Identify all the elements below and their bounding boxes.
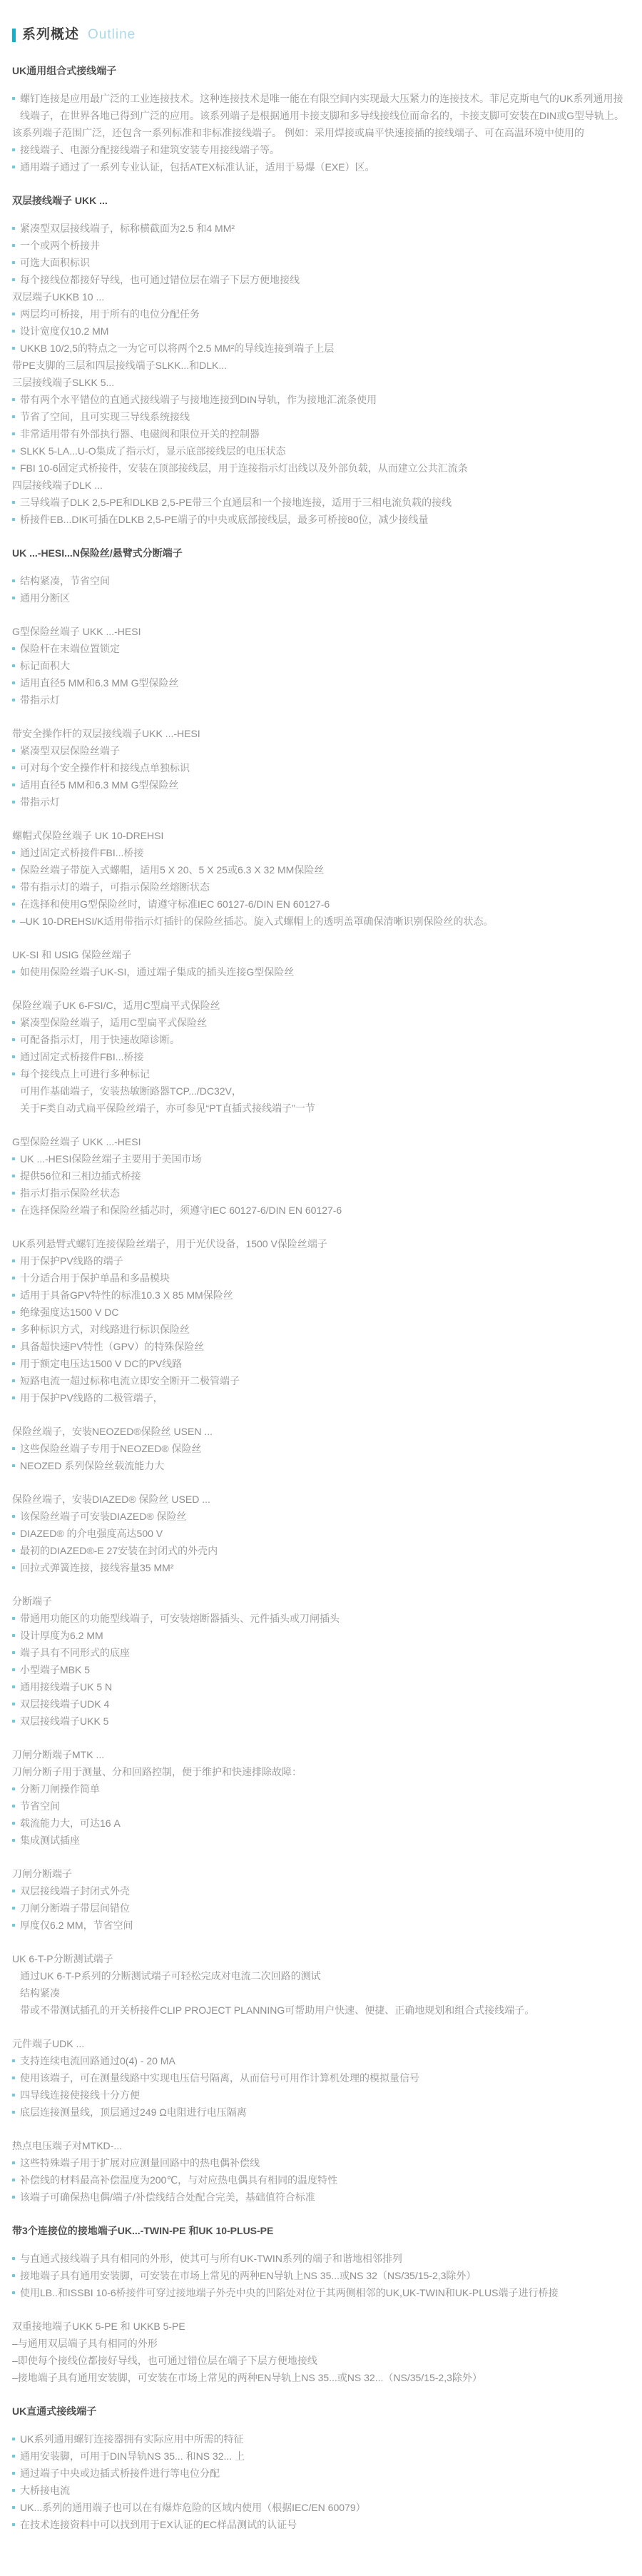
list-item: 指示灯指示保险丝状态: [12, 1185, 628, 1202]
list-item-text: 三导线端子DLK 2,5-PE和DLKB 2,5-PE带三个直通层和一个接地连接…: [20, 497, 452, 508]
section-subheading: 保险丝端子，安装NEOZED®保险丝 USEN ...: [12, 1423, 628, 1440]
list-item-text: 桥接件EB...DIK可插在DLKB 2,5-PE端子的中央或底部接线层，最多可…: [20, 514, 429, 525]
section-subheading: UK-SI 和 USIG 保险丝端子: [12, 946, 628, 963]
bullet-icon: [12, 2111, 15, 2114]
list-item-text: 保险丝端子带旋入式螺帽，适用5 X 20、5 X 25或6.3 X 32 MM保…: [20, 864, 324, 876]
bullet-icon: [12, 347, 15, 350]
bullet-icon: [12, 2489, 15, 2492]
list-item: 与直通式接线端子具有相同的外形，使其可与所有UK-TWIN系列的端子和谐地相邻排…: [12, 2250, 628, 2267]
list-item-text: 补偿线的材料最高补偿温度为200℃，与对应热电偶具有相同的温度特性: [20, 2174, 337, 2186]
list-item-text: 可对每个安全操作杆和接线点单独标识: [20, 762, 190, 774]
list-item: 接线端子、电源分配接线端子和建筑安装专用接线端子等。: [12, 141, 628, 158]
bullet-icon: [12, 2506, 15, 2509]
bullet-icon: [12, 2472, 15, 2475]
list-item-text: 具备超快速PV特性（GPV）的特殊保险丝: [20, 1341, 204, 1352]
bullet-icon: [12, 1294, 15, 1297]
section: UK ...-HESI...N保险丝/悬臂式分断端子结构紧凑，节省空间通用分断区: [12, 544, 628, 607]
section: 保险丝端子，安装NEOZED®保险丝 USEN ...这些保险丝端子专用于NEO…: [12, 1423, 628, 1474]
list-item: 通过固定式桥接件FBI...桥接: [12, 844, 628, 861]
bullet-icon: [12, 1379, 15, 1382]
bullet-icon: [12, 2179, 15, 2181]
list-item: 可选大面积标识: [12, 254, 628, 271]
list-item: 用于保护PV线路的端子: [12, 1252, 628, 1269]
bullet-icon: [12, 1720, 15, 1723]
list-item-text: –接地端子具有通用安装脚，可安装在市场上常见的两种EN导轨上NS 35...或N…: [12, 2372, 482, 2383]
list-item-text: 在选择保险丝端子和保险丝插芯时，须遵守IEC 60127-6/DIN EN 60…: [20, 1205, 342, 1216]
bullet-icon: [12, 1924, 15, 1927]
list-item-text: 双层接线端子封闭式外壳: [20, 1885, 130, 1897]
list-item: 节省了空间，且可实现三导线系统接线: [12, 408, 628, 425]
list-item: 最初的DIAZED®-E 27安装在封闭式的外壳内: [12, 1542, 628, 1559]
list-item: 厚度仅6.2 MM，节省空间: [12, 1917, 628, 1934]
bullet-icon: [12, 278, 15, 281]
bullet-icon: [12, 749, 15, 752]
bullet-icon: [12, 2094, 15, 2096]
list-item: –与通用双层端子具有相同的外形: [12, 2335, 628, 2352]
list-item: 底层连接测量线，顶层通过249 Ω电阻进行电压隔离: [12, 2104, 628, 2121]
list-item: 补偿线的材料最高补偿温度为200℃，与对应热电偶具有相同的温度特性: [12, 2171, 628, 2189]
list-item: 带指示灯: [12, 793, 628, 811]
bullet-icon: [12, 1651, 15, 1654]
list-item-text: 带通用功能区的功能型线端子，可安装熔断器插头、元件插头或刀闸插头: [20, 1613, 340, 1624]
section-subheading: 热点电压端子对MTKD-...: [12, 2137, 628, 2154]
list-item-text: –UK 10-DREHSI/K适用带指示灯插针的保险丝插芯。旋入式螺帽上的透明盖…: [20, 916, 493, 927]
list-item-text: –即使每个接线位都接好导线，也可通过错位层在端子下层方便地接线: [12, 2355, 317, 2366]
list-item-text: 绝缘强度达1500 V DC: [20, 1307, 118, 1318]
bullet-icon: [12, 1634, 15, 1637]
list-item-text: 集成测试插座: [20, 1835, 80, 1846]
section: UK系列悬臂式螺钉连接保险丝端子，用于光伏设备，1500 V保险丝端子用于保护P…: [12, 1235, 628, 1406]
list-item: 在技术连接资料中可以找到用于EX认证的EC样品测试的认证号: [12, 2516, 628, 2533]
bullet-icon: [12, 2291, 15, 2294]
list-item-text: 三层接线端子SLKK 5...: [12, 377, 114, 388]
bullet-icon: [12, 2196, 15, 2199]
list-item: 具备超快速PV特性（GPV）的特殊保险丝: [12, 1338, 628, 1355]
bullet-icon: [12, 330, 15, 333]
list-item-text: 紧凑型双层接线端子，标称横截面为2.5 和4 MM²: [20, 223, 235, 234]
content: UK通用组合式接线端子螺钉连接是应用最广泛的工业连接技术。这种连接技术是唯一能在…: [12, 62, 628, 2533]
list-item: 可用作基础端子，安装热敏断路器TCP.../DC32V，: [12, 1082, 628, 1100]
bullet-icon: [12, 1259, 15, 1262]
list-item: 双层接线端子UKK 5: [12, 1713, 628, 1730]
list-item-text: 设计厚度为6.2 MM: [20, 1630, 103, 1641]
list-item-text: UKKB 10/2,5的特点之一为它可以将两个2.5 MM²的导线连接到端子上层: [20, 343, 334, 354]
bullet-icon: [12, 1907, 15, 1910]
list-item-text: 该系列端子范围广泛，还包含一系列标准和非标准接线端子。 例如：采用焊接或扁平快速…: [12, 127, 584, 138]
list-item: 双层接线端子UDK 4: [12, 1695, 628, 1713]
list-item: 四层接线端子DLK ...: [12, 477, 628, 494]
bullet-icon: [12, 784, 15, 786]
bullet-icon: [12, 1055, 15, 1058]
bullet-icon: [12, 2059, 15, 2062]
bullet-icon: [12, 920, 15, 923]
list-item-text: 非常适用带有外部执行器、电磁阀和限位开关的控制器: [20, 428, 260, 440]
list-item: 节省空间: [12, 1797, 628, 1815]
list-item: 这些保险丝端子专用于NEOZED® 保险丝: [12, 1440, 628, 1457]
bullet-icon: [12, 1668, 15, 1671]
list-item: 分断刀闸操作简单: [12, 1780, 628, 1797]
bullet-icon: [12, 1362, 15, 1365]
bullet-icon: [12, 1515, 15, 1518]
section-heading: 双层接线端子 UKK ...: [12, 192, 628, 209]
bullet-icon: [12, 1788, 15, 1790]
list-item: 该端子可确保热电偶/端子/补偿线结合处配合完美，基础值符合标准: [12, 2189, 628, 2206]
bullet-icon: [12, 227, 15, 230]
list-item-text: 大桥接电流: [20, 2485, 70, 2496]
list-item-text: 如使用保险丝端子UK-SI，通过端子集成的插头连接G型保险丝: [20, 966, 294, 978]
list-item-text: UK系列通用螺钉连接器拥有实际应用中所需的特征: [20, 2433, 243, 2445]
list-item-text: 可用作基础端子，安装热敏断路器TCP.../DC32V，: [20, 1085, 242, 1097]
bullet-icon: [12, 244, 15, 247]
section: UK-SI 和 USIG 保险丝端子如使用保险丝端子UK-SI，通过端子集成的插…: [12, 946, 628, 980]
list-item: UK...系列的通用端子也可以在有爆炸危险的区域内使用（根据IEC/EN 600…: [12, 2499, 628, 2516]
list-item-text: 两层均可桥接，用于所有的电位分配任务: [20, 308, 200, 320]
section: 分断端子带通用功能区的功能型线端子，可安装熔断器插头、元件插头或刀闸插头设计厚度…: [12, 1593, 628, 1730]
list-item-text: 每个接线位都接好导线，也可通过错位层在端子下层方便地接线: [20, 274, 300, 285]
section-subheading: 元件端子UDK ...: [12, 2035, 628, 2052]
list-item-text: UK ...-HESI保险丝端子主要用于美国市场: [20, 1153, 201, 1165]
list-item: 关于F类自动式扁平保险丝端子，亦可参见“PT直插式接线端子”一节: [12, 1100, 628, 1117]
list-item: 刀闸分断子用于测量、分和回路控制，便于维护和快速排除故障：: [12, 1763, 628, 1780]
bullet-icon: [12, 851, 15, 854]
bullet-icon: [12, 1396, 15, 1399]
bullet-icon: [12, 1805, 15, 1807]
section-heading: 带3个连接位的接地端子UK...-TWIN-PE 和UK 10-PLUS-PE: [12, 2222, 628, 2239]
bullet-icon: [12, 2076, 15, 2079]
list-item-text: 底层连接测量线，顶层通过249 Ω电阻进行电压隔离: [20, 2106, 247, 2118]
list-item-text: 可配备指示灯，用于快速故障诊断。: [20, 1034, 180, 1045]
list-item: 用于保护PV线路的二极管端子，: [12, 1389, 628, 1406]
series-outline-page: 系列概述 Outline UK通用组合式接线端子螺钉连接是应用最广泛的工业连接技…: [0, 0, 642, 2576]
list-item: 这些特殊端子用于扩展对应测量回路中的热电偶补偿线: [12, 2154, 628, 2171]
list-item: 双层接线端子封闭式外壳: [12, 1882, 628, 1900]
list-item: FBI 10-6固定式桥接件，安装在顶部接线层，用于连接指示灯出线以及外部负载，…: [12, 460, 628, 477]
list-item-text: –与通用双层端子具有相同的外形: [12, 2338, 158, 2349]
list-item: 三层接线端子SLKK 5...: [12, 374, 628, 391]
list-item-text: 最初的DIAZED®-E 27安装在封闭式的外壳内: [20, 1545, 218, 1556]
title-accent-bar-icon: [12, 29, 16, 42]
list-item: UKKB 10/2,5的特点之一为它可以将两个2.5 MM²的导线连接到端子上层: [12, 340, 628, 357]
list-item-text: 四层接线端子DLK ...: [12, 480, 103, 491]
list-item-text: 在选择和使用G型保险丝时，请遵守标准IEC 60127-6/DIN EN 601…: [20, 898, 330, 910]
section: UK 6-T-P分断测试端子通过UK 6-T-P系列的分断测试端子可轻松完成对电…: [12, 1950, 628, 2019]
bullet-icon: [12, 1566, 15, 1569]
list-item: 带指示灯: [12, 691, 628, 709]
list-item: 紧凑型保险丝端子，适用C型扁平式保险丝: [12, 1014, 628, 1031]
list-item: 保险杆在末端位置锁定: [12, 640, 628, 657]
list-item: –UK 10-DREHSI/K适用带指示灯插针的保险丝插芯。旋入式螺帽上的透明盖…: [12, 913, 628, 930]
section-subheading: 带安全操作杆的双层接线端子UKK ...-HESI: [12, 725, 628, 742]
list-item-text: 刀闸分断子用于测量、分和回路控制，便于维护和快速排除故障：: [12, 1766, 302, 1778]
section-subheading: 刀闸分断端子MTK ...: [12, 1746, 628, 1763]
list-item-text: DIAZED® 的介电强度高达500 V: [20, 1528, 163, 1539]
section-subheading: 保险丝端子UK 6-FSI/C，适用C型扁平式保险丝: [12, 997, 628, 1014]
bullet-icon: [12, 868, 15, 871]
list-item: 结构紧凑: [12, 1984, 628, 2002]
list-item-text: 通用安装脚，可用于DIN导轨NS 35... 和NS 32... 上: [20, 2450, 245, 2462]
list-item-text: 带有两个水平错位的直通式接线端子与接地连接到DIN导轨，作为接地汇流条使用: [20, 394, 377, 405]
bullet-icon: [12, 597, 15, 599]
list-item: 短路电流一超过标称电流立即安全断开二极管端子: [12, 1372, 628, 1389]
list-item-text: 设计宽度仅10.2 MM: [20, 325, 108, 337]
list-item: 用于额定电压达1500 V DC的PV线路: [12, 1355, 628, 1372]
bullet-icon: [12, 699, 15, 701]
bullet-icon: [12, 886, 15, 888]
list-item-text: 一个或两个桥接井: [20, 240, 100, 251]
list-item: 带通用功能区的功能型线端子，可安装熔断器插头、元件插头或刀闸插头: [12, 1610, 628, 1627]
list-item-text: SLKK 5-LA...U-O集成了指示灯，显示底部接线层的电压状态: [20, 445, 286, 457]
list-item-text: 通用端子通过了一系列专业认证，包括ATEX标准认证，适用于易爆（EXE）区。: [20, 161, 375, 173]
bullet-icon: [12, 903, 15, 906]
list-item-text: 紧凑型保险丝端子，适用C型扁平式保险丝: [20, 1017, 207, 1028]
bullet-icon: [12, 1447, 15, 1450]
list-item: 桥接件EB...DIK可插在DLKB 2,5-PE端子的中央或底部接线层，最多可…: [12, 511, 628, 528]
list-item-text: 多种标识方式，对线路进行标识保险丝: [20, 1324, 190, 1335]
section: 热点电压端子对MTKD-...这些特殊端子用于扩展对应测量回路中的热电偶补偿线补…: [12, 2137, 628, 2206]
section-subheading: 分断端子: [12, 1593, 628, 1610]
list-item: 两层均可桥接，用于所有的电位分配任务: [12, 305, 628, 323]
list-item: 螺钉连接是应用最广泛的工业连接技术。这种连接技术是唯一能在有限空间内实现最大压紧…: [12, 90, 628, 124]
list-item: 一个或两个桥接井: [12, 237, 628, 254]
list-item-text: 短路电流一超过标称电流立即安全断开二极管端子: [20, 1375, 240, 1386]
list-item: 在选择和使用G型保险丝时，请遵守标准IEC 60127-6/DIN EN 601…: [12, 896, 628, 913]
list-item: 带有两个水平错位的直通式接线端子与接地连接到DIN导轨，作为接地汇流条使用: [12, 391, 628, 408]
list-item-text: 载流能力大，可达16 A: [20, 1817, 121, 1829]
list-item: 提供56位和三相边插式桥接: [12, 1167, 628, 1185]
list-item: UK ...-HESI保险丝端子主要用于美国市场: [12, 1150, 628, 1167]
bullet-icon: [12, 1822, 15, 1825]
list-item-text: 通过固定式桥接件FBI...桥接: [20, 847, 143, 858]
list-item: 集成测试插座: [12, 1832, 628, 1849]
list-item-text: 紧凑型双层保险丝端子: [20, 745, 120, 756]
bullet-icon: [12, 518, 15, 521]
bullet-icon: [12, 2523, 15, 2526]
list-item-text: 提供56位和三相边插式桥接: [20, 1170, 141, 1182]
list-item-text: 通用接线端子UK 5 N: [20, 1681, 112, 1693]
bullet-icon: [12, 432, 15, 435]
section: 带安全操作杆的双层接线端子UKK ...-HESI紧凑型双层保险丝端子可对每个安…: [12, 725, 628, 811]
bullet-icon: [12, 1464, 15, 1467]
section: 双层接线端子 UKK ...紧凑型双层接线端子，标称横截面为2.5 和4 MM²…: [12, 192, 628, 528]
list-item: SLKK 5-LA...U-O集成了指示灯，显示底部接线层的电压状态: [12, 442, 628, 460]
list-item: UK系列通用螺钉连接器拥有实际应用中所需的特征: [12, 2430, 628, 2448]
list-item-text: 带指示灯: [20, 694, 60, 706]
list-item-text: 这些保险丝端子专用于NEOZED® 保险丝: [20, 1443, 202, 1454]
page-title-en: Outline: [88, 27, 136, 43]
bullet-icon: [12, 1277, 15, 1279]
bullet-icon: [12, 313, 15, 315]
section: 元件端子UDK ...支持连续电流回路通过0(4) - 20 MA使用该端子，可…: [12, 2035, 628, 2121]
bullet-icon: [12, 2257, 15, 2260]
list-item: –接地端子具有通用安装脚，可安装在市场上常见的两种EN导轨上NS 35...或N…: [12, 2369, 628, 2386]
bullet-icon: [12, 1192, 15, 1195]
section-heading: UK ...-HESI...N保险丝/悬臂式分断端子: [12, 544, 628, 562]
list-item: NEOZED 系列保险丝载流能力大: [12, 1457, 628, 1474]
section-subheading: 保险丝端子，安装DIAZED® 保险丝 USED ...: [12, 1491, 628, 1508]
bullet-icon: [12, 467, 15, 470]
list-item-text: 刀闸分断端子带层间错位: [20, 1902, 130, 1914]
bullet-icon: [12, 1038, 15, 1041]
bullet-icon: [12, 1703, 15, 1705]
page-title: 系列概述 Outline: [12, 27, 628, 43]
list-item: DIAZED® 的介电强度高达500 V: [12, 1525, 628, 1542]
list-item: 适用直径5 MM和6.3 MM G型保险丝: [12, 674, 628, 691]
list-item: 三导线端子DLK 2,5-PE和DLKB 2,5-PE带三个直通层和一个接地连接…: [12, 494, 628, 511]
list-item: 载流能力大，可达16 A: [12, 1815, 628, 1832]
list-item-text: 该端子可确保热电偶/端子/补偿线结合处配合完美，基础值符合标准: [20, 2191, 315, 2203]
list-item-text: 结构紧凑，节省空间: [20, 575, 110, 587]
list-item: 带或不带测试插孔的开关桥接件CLIP PROJECT PLANNING可帮助用户…: [12, 2002, 628, 2019]
section-heading: UK通用组合式接线端子: [12, 62, 628, 79]
list-item-text: 适用直径5 MM和6.3 MM G型保险丝: [20, 779, 178, 791]
list-item-text: 在技术连接资料中可以找到用于EX认证的EC样品测试的认证号: [20, 2519, 297, 2530]
list-item: 带有指示灯的端子，可指示保险丝熔断状态: [12, 878, 628, 896]
section: 刀闸分断端子双层接线端子封闭式外壳刀闸分断端子带层间错位厚度仅6.2 MM，节省…: [12, 1865, 628, 1934]
bullet-icon: [12, 1345, 15, 1348]
list-item: 结构紧凑，节省空间: [12, 572, 628, 589]
list-item: 通过固定式桥接件FBI...桥接: [12, 1048, 628, 1065]
list-item-text: 用于额定电压达1500 V DC的PV线路: [20, 1358, 182, 1369]
list-item-text: 双层接线端子UDK 4: [20, 1698, 109, 1710]
section: UK直通式接线端子UK系列通用螺钉连接器拥有实际应用中所需的特征通用安装脚，可用…: [12, 2403, 628, 2533]
bullet-icon: [12, 2438, 15, 2440]
section-subheading: UK 6-T-P分断测试端子: [12, 1950, 628, 1967]
list-item: 非常适用带有外部执行器、电磁阀和限位开关的控制器: [12, 425, 628, 442]
list-item-text: 结构紧凑: [20, 1987, 60, 1999]
section-subheading: UK系列悬臂式螺钉连接保险丝端子，用于光伏设备，1500 V保险丝端子: [12, 1235, 628, 1252]
list-item-text: 螺钉连接是应用最广泛的工业连接技术。这种连接技术是唯一能在有限空间内实现最大压紧…: [20, 93, 624, 121]
list-item-text: 用于保护PV线路的端子: [20, 1255, 123, 1267]
bullet-icon: [12, 1073, 15, 1075]
list-item: 使用该端子，可在测量线路中实现电压信号隔离，从而信号可用作计算机处理的模拟量信号: [12, 2069, 628, 2086]
list-item: 回拉式弹簧连接，接线容量35 MM²: [12, 1559, 628, 1576]
list-item: 带PE支脚的三层和四层接线端子SLKK...和DLK...: [12, 357, 628, 374]
list-item-text: 四导线连接使接线十分方便: [20, 2089, 140, 2101]
bullet-icon: [12, 1549, 15, 1552]
list-item-text: 保险杆在末端位置锁定: [20, 643, 120, 654]
list-item-text: 适用于具备GPV特性的标准10.3 X 85 MM保险丝: [20, 1289, 233, 1301]
list-item: 该保险丝端子可安装DIAZED® 保险丝: [12, 1508, 628, 1525]
bullet-icon: [12, 2274, 15, 2277]
list-item-text: 带指示灯: [20, 796, 60, 808]
list-item-text: 支持连续电流回路通过0(4) - 20 MA: [20, 2055, 175, 2067]
list-item-text: 关于F类自动式扁平保险丝端子，亦可参见“PT直插式接线端子”一节: [20, 1102, 315, 1114]
list-item-text: 双层端子UKKB 10 ...: [12, 291, 104, 303]
list-item: –即使每个接线位都接好导线，也可通过错位层在端子下层方便地接线: [12, 2352, 628, 2369]
section: UK通用组合式接线端子螺钉连接是应用最广泛的工业连接技术。这种连接技术是唯一能在…: [12, 62, 628, 176]
list-item-text: 接地端子具有通用安装脚，可安装在市场上常见的两种EN导轨上NS 35...或NS…: [20, 2270, 476, 2281]
bullet-icon: [12, 398, 15, 401]
list-item: 通过UK 6-T-P系列的分断测试端子可轻松完成对电流二次回路的测试: [12, 1967, 628, 1984]
list-item: 刀闸分断端子带层间错位: [12, 1900, 628, 1917]
list-item-text: 该保险丝端子可安装DIAZED® 保险丝: [20, 1511, 187, 1522]
page-title-cn: 系列概述: [22, 27, 79, 43]
list-item-text: 节省空间: [20, 1800, 60, 1812]
list-item: 十分适合用于保护单晶和多晶模块: [12, 1269, 628, 1287]
list-item: 通用安装脚，可用于DIN导轨NS 35... 和NS 32... 上: [12, 2448, 628, 2465]
list-item: 紧凑型双层接线端子，标称横截面为2.5 和4 MM²: [12, 220, 628, 237]
bullet-icon: [12, 261, 15, 264]
section-subheading: G型保险丝端子 UKK ...-HESI: [12, 1133, 628, 1150]
list-item-text: 接线端子、电源分配接线端子和建筑安装专用接线端子等。: [20, 144, 280, 156]
bullet-icon: [12, 801, 15, 803]
section-subheading: 刀闸分断端子: [12, 1865, 628, 1882]
bullet-icon: [12, 647, 15, 650]
list-item-text: 节省了空间，且可实现三导线系统接线: [20, 411, 190, 422]
list-item: 标记面积大: [12, 657, 628, 674]
section-subheading: 双重接地端子UKK 5-PE 和 UKKB 5-PE: [12, 2318, 628, 2335]
bullet-icon: [12, 1839, 15, 1842]
list-item: 每个接线位都接好导线，也可通过错位层在端子下层方便地接线: [12, 271, 628, 288]
bullet-icon: [12, 450, 15, 452]
list-item: 端子具有不同形式的底座: [12, 1644, 628, 1661]
list-item-text: 这些特殊端子用于扩展对应测量回路中的热电偶补偿线: [20, 2157, 260, 2169]
bullet-icon: [12, 1617, 15, 1620]
list-item-text: 使用该端子，可在测量线路中实现电压信号隔离，从而信号可用作计算机处理的模拟量信号: [20, 2072, 419, 2084]
section-subheading: G型保险丝端子 UKK ...-HESI: [12, 623, 628, 640]
bullet-icon: [12, 415, 15, 418]
bullet-icon: [12, 97, 15, 100]
list-item: 每个接线点上可进行多种标记: [12, 1065, 628, 1082]
list-item-text: 用于保护PV线路的二极管端子，: [20, 1392, 163, 1404]
list-item-text: 每个接线点上可进行多种标记: [20, 1068, 150, 1080]
list-item: 多种标识方式，对线路进行标识保险丝: [12, 1321, 628, 1338]
bullet-icon: [12, 166, 15, 168]
list-item: 双层端子UKKB 10 ...: [12, 288, 628, 305]
list-item: 绝缘强度达1500 V DC: [12, 1304, 628, 1321]
section: 刀闸分断端子MTK ...刀闸分断子用于测量、分和回路控制，便于维护和快速排除故…: [12, 1746, 628, 1849]
list-item: 紧凑型双层保险丝端子: [12, 742, 628, 759]
bullet-icon: [12, 1209, 15, 1212]
list-item: 通过端子中央或边插式桥接件进行等电位分配: [12, 2465, 628, 2482]
list-item-text: 与直通式接线端子具有相同的外形，使其可与所有UK-TWIN系列的端子和谐地相邻排…: [20, 2253, 402, 2264]
list-item-text: UK...系列的通用端子也可以在有爆炸危险的区域内使用（根据IEC/EN 600…: [20, 2502, 366, 2513]
list-item-text: 带或不带测试插孔的开关桥接件CLIP PROJECT PLANNING可帮助用户…: [20, 2004, 534, 2016]
list-item: 通用接线端子UK 5 N: [12, 1678, 628, 1695]
list-item-text: NEOZED 系列保险丝载流能力大: [20, 1460, 164, 1471]
list-item: 可对每个安全操作杆和接线点单独标识: [12, 759, 628, 776]
list-item-text: 通过UK 6-T-P系列的分断测试端子可轻松完成对电流二次回路的测试: [20, 1970, 321, 1982]
section: 双重接地端子UKK 5-PE 和 UKKB 5-PE–与通用双层端子具有相同的外…: [12, 2318, 628, 2386]
bullet-icon: [12, 1532, 15, 1535]
bullet-icon: [12, 1157, 15, 1160]
bullet-icon: [12, 1890, 15, 1892]
bullet-icon: [12, 501, 15, 504]
list-item: 设计厚度为6.2 MM: [12, 1627, 628, 1644]
bullet-icon: [12, 766, 15, 769]
list-item-text: 适用直径5 MM和6.3 MM G型保险丝: [20, 677, 178, 689]
bullet-icon: [12, 1685, 15, 1688]
list-item-text: 带有指示灯的端子，可指示保险丝熔断状态: [20, 881, 210, 893]
list-item: 大桥接电流: [12, 2482, 628, 2499]
bullet-icon: [12, 681, 15, 684]
list-item-text: 分断刀闸操作简单: [20, 1783, 100, 1795]
list-item-text: 通过固定式桥接件FBI...桥接: [20, 1051, 143, 1063]
list-item-text: 带PE支脚的三层和四层接线端子SLKK...和DLK...: [12, 360, 227, 371]
bullet-icon: [12, 579, 15, 582]
bullet-icon: [12, 970, 15, 973]
list-item: 设计宽度仅10.2 MM: [12, 323, 628, 340]
list-item: 在选择保险丝端子和保险丝插芯时，须遵守IEC 60127-6/DIN EN 60…: [12, 1202, 628, 1219]
list-item-text: 小型端子MBK 5: [20, 1664, 90, 1675]
list-item-text: 厚度仅6.2 MM，节省空间: [20, 1920, 133, 1931]
list-item: 接地端子具有通用安装脚，可安装在市场上常见的两种EN导轨上NS 35...或NS…: [12, 2267, 628, 2284]
bullet-icon: [12, 664, 15, 667]
list-item: 通用端子通过了一系列专业认证，包括ATEX标准认证，适用于易爆（EXE）区。: [12, 158, 628, 176]
list-item: 如使用保险丝端子UK-SI，通过端子集成的插头连接G型保险丝: [12, 963, 628, 980]
list-item: 保险丝端子带旋入式螺帽，适用5 X 20、5 X 25或6.3 X 32 MM保…: [12, 861, 628, 878]
list-item: 可配备指示灯，用于快速故障诊断。: [12, 1031, 628, 1048]
